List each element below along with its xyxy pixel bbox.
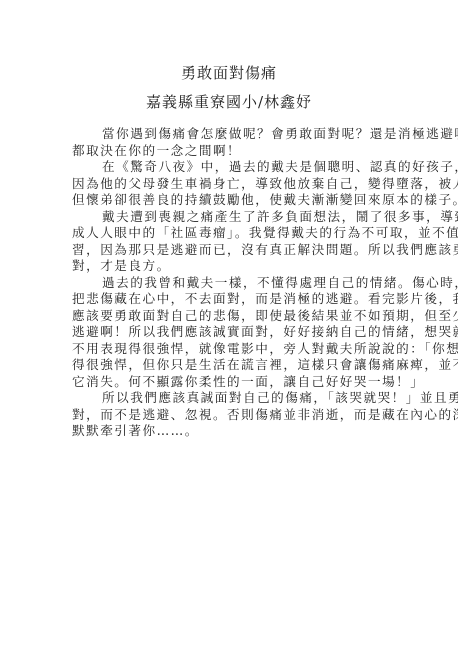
text-line: 因為他的父母發生車禍身亡，導致他放棄自己，變得墮落，被人唾棄。 — [72, 176, 390, 193]
text-line: 逃避啊！所以我們應該誠實面對，好好接納自己的情緒，想哭就哭， — [72, 324, 390, 341]
text-line: 過去的我曾和戴夫一樣，不懂得處理自己的情緒。傷心時，只會 — [72, 275, 390, 292]
text-line: 但懷弟卻很善良的持續鼓勵他，使戴夫漸漸變回來原本的樣子。 — [72, 192, 390, 209]
author-line: 嘉義縣重寮國小/林鑫妤 — [0, 93, 458, 111]
document-title: 勇敢面對傷痛 — [0, 64, 458, 82]
document-page: 勇敢面對傷痛 嘉義縣重寮國小/林鑫妤 當你遇到傷痛會怎麼做呢？會勇敢面對呢？還是… — [0, 0, 458, 648]
paragraph-4: 過去的我曾和戴夫一樣，不懂得處理自己的情緒。傷心時，只會 把悲傷藏在心中，不去面… — [72, 275, 390, 391]
text-line: 當你遇到傷痛會怎麼做呢？會勇敢面對呢？還是消極逃避呢？ — [72, 126, 390, 143]
text-line: 默默牽引著你……。 — [72, 423, 390, 440]
text-line: 在《驚奇八夜》中，過去的戴夫是個聰明、認真的好孩子，但是 — [72, 159, 390, 176]
text-line: 把悲傷藏在心中，不去面對，而是消極的逃避。看完影片後，我覺得 — [72, 291, 390, 308]
text-line: 都取決在你的一念之間啊！ — [72, 143, 390, 160]
text-line: 戴夫遭到喪親之痛產生了許多負面想法，鬧了很多事，導致他變 — [72, 209, 390, 226]
text-line: 對，而不是逃避、忽視。否則傷痛並非消逝，而是藏在內心的深處， — [72, 407, 390, 424]
paragraph-5: 所以我們應該真誠面對自己的傷痛，「該哭就哭！」並且勇敢面 對，而不是逃避、忽視。… — [72, 390, 390, 440]
paragraph-3: 戴夫遭到喪親之痛產生了許多負面想法，鬧了很多事，導致他變 成人人眼中的「社區毒瘤… — [72, 209, 390, 275]
text-line: 對，才是良方。 — [72, 258, 390, 275]
text-line: 不用表現得很強悍，就像電影中，旁人對戴夫所說說的：「你想表現 — [72, 341, 390, 358]
document-body: 當你遇到傷痛會怎麼做呢？會勇敢面對呢？還是消極逃避呢？ 都取決在你的一念之間啊！… — [72, 126, 390, 440]
text-line: 成人人眼中的「社區毒瘤」。我覺得戴夫的行為不可取，並不值得學 — [72, 225, 390, 242]
paragraph-2: 在《驚奇八夜》中，過去的戴夫是個聰明、認真的好孩子，但是 因為他的父母發生車禍身… — [72, 159, 390, 209]
text-line: 習，因為那只是逃避而已，沒有真正解決問題。所以我們應該勇敢面 — [72, 242, 390, 259]
text-line: 所以我們應該真誠面對自己的傷痛，「該哭就哭！」並且勇敢面 — [72, 390, 390, 407]
paragraph-1: 當你遇到傷痛會怎麼做呢？會勇敢面對呢？還是消極逃避呢？ 都取決在你的一念之間啊！ — [72, 126, 390, 159]
text-line: 應該要勇敢面對自己的悲傷，即使最後結果並不如預期，但至少沒有 — [72, 308, 390, 325]
text-line: 它消失。何不顯露你柔性的一面，讓自己好好哭一場！」 — [72, 374, 390, 391]
text-line: 得很強悍，但你只是生活在謊言裡，這樣只會讓傷痛麻痺，並不會讓 — [72, 357, 390, 374]
